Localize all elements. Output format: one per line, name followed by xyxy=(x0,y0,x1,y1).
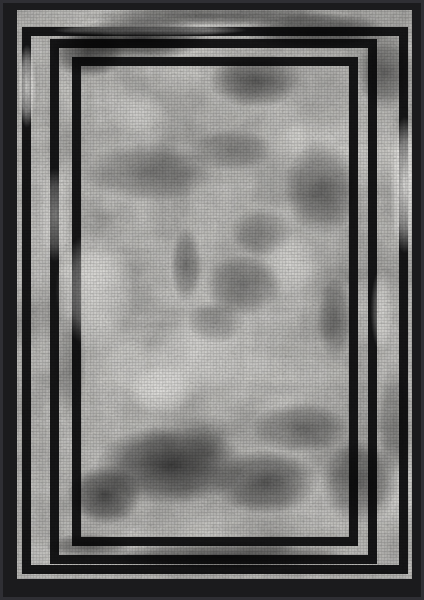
distress-dark-patch xyxy=(53,453,157,537)
distress-dark-patches xyxy=(17,10,412,579)
grunge-noise-fine xyxy=(17,10,412,579)
rug-field xyxy=(17,10,412,579)
inner-border-line xyxy=(72,57,358,546)
distress-dark-patch xyxy=(172,120,292,180)
outer-border-line xyxy=(22,27,408,574)
grunge-noise-coarse xyxy=(17,10,412,579)
distress-dark-patch xyxy=(46,295,94,435)
worn-light-patch xyxy=(130,300,260,410)
distress-dark-patch xyxy=(28,529,148,563)
worn-light-patch xyxy=(115,355,205,425)
distress-dark-patch xyxy=(345,17,412,127)
grunge-noise-vertical-streaks xyxy=(17,10,412,579)
distress-dark-patch xyxy=(188,243,298,327)
worn-light-patch xyxy=(17,28,40,144)
worn-light-patches xyxy=(17,10,412,579)
distress-dark-patch xyxy=(370,340,412,500)
distress-dark-patch xyxy=(60,130,240,214)
worn-light-patch xyxy=(40,210,150,370)
grunge-noise-horizontal-streaks xyxy=(17,10,412,579)
distress-dark-patch xyxy=(305,424,412,540)
worn-light-patch xyxy=(366,250,398,370)
distress-dark-patch xyxy=(213,10,412,58)
crosshatch-weave-overlay xyxy=(17,10,412,579)
distress-dark-patch xyxy=(190,437,340,527)
rug-photo xyxy=(0,0,424,600)
distress-dark-patch xyxy=(175,292,255,352)
distress-dark-patch xyxy=(36,16,140,88)
distress-dark-patch xyxy=(232,392,368,464)
distress-dark-patch xyxy=(40,10,240,68)
middle-border-line xyxy=(50,39,377,564)
rug-canvas xyxy=(17,10,412,579)
worn-light-patch xyxy=(30,150,80,280)
distress-dark-patch xyxy=(310,260,360,380)
worn-light-patch xyxy=(17,21,285,39)
distress-dark-patch xyxy=(57,536,393,576)
worn-light-patch xyxy=(383,90,412,280)
distress-dark-patch xyxy=(270,122,374,254)
distress-dark-patch xyxy=(190,42,320,118)
worn-light-patch xyxy=(97,80,177,144)
distress-dark-patch xyxy=(164,213,208,317)
distress-dark-patch xyxy=(65,410,275,520)
border-rects xyxy=(17,10,412,579)
distress-dark-patch xyxy=(27,10,397,29)
distress-dark-patch xyxy=(217,197,307,267)
worn-light-patch xyxy=(250,217,330,307)
